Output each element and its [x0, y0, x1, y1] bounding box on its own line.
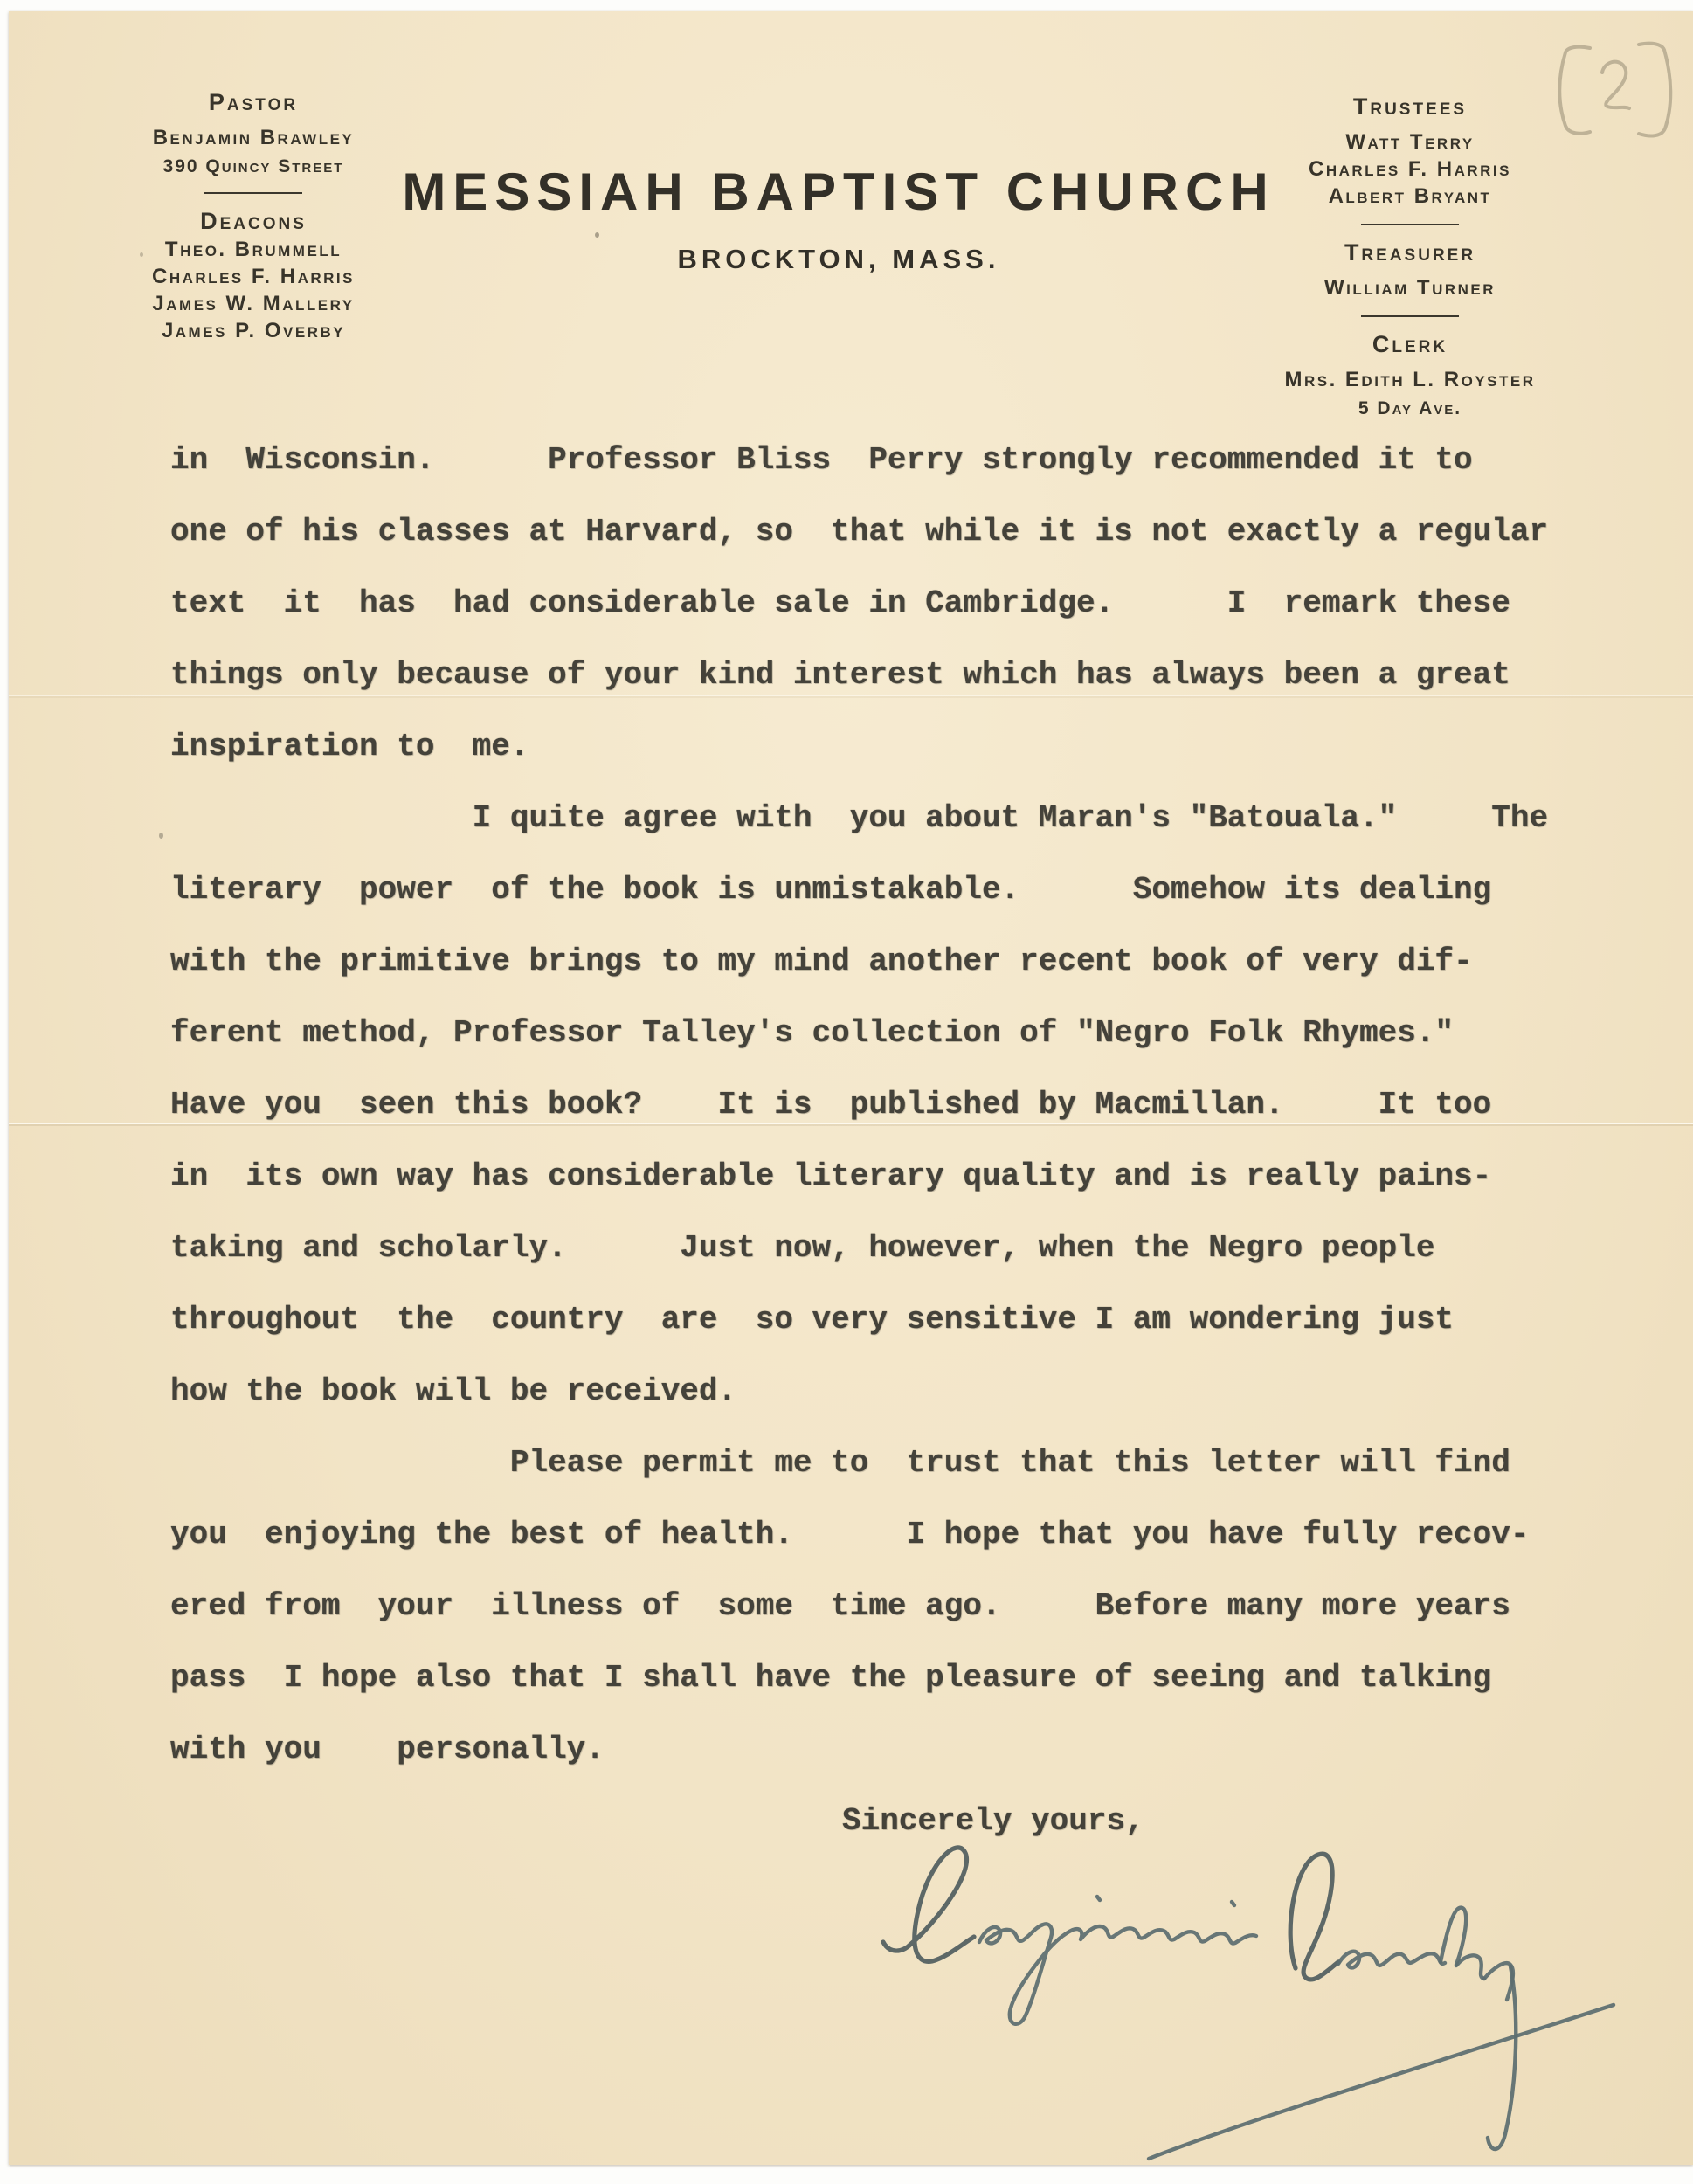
letterhead-divider: [204, 192, 302, 194]
clerk-heading: Clerk: [1239, 329, 1581, 359]
body-line: literary power of the book is unmistakab…: [170, 854, 1638, 926]
trustee-name: Watt Terry: [1239, 128, 1581, 156]
clerk-name: Mrs. Edith L. Royster: [1239, 366, 1581, 393]
body-line: with the primitive brings to my mind ano…: [170, 926, 1638, 998]
letterhead-left-column: Pastor Benjamin Brawley 390 Quincy Stree…: [103, 87, 404, 344]
deacon-name: James W. Mallery: [103, 290, 404, 317]
body-line: with you personally.: [170, 1714, 1638, 1786]
ink-speck: [159, 833, 163, 839]
body-line: ferent method, Professor Talley's collec…: [170, 998, 1638, 1069]
letter-paper: [2] Pastor Benjamin Brawley 390 Quincy S…: [9, 11, 1693, 2165]
letterhead-center: MESSIAH BAPTIST CHURCH BROCKTON, MASS.: [376, 165, 1302, 275]
treasurer-name: William Turner: [1239, 274, 1581, 301]
signature-drawing: [876, 1837, 1645, 2180]
body-line: in Wisconsin. Professor Bliss Perry stro…: [170, 425, 1638, 496]
body-line: you enjoying the best of health. I hope …: [170, 1499, 1638, 1571]
body-line: Have you seen this book? It is published…: [170, 1069, 1638, 1141]
trustee-name: Charles F. Harris: [1239, 156, 1581, 183]
letterhead-divider: [1361, 224, 1459, 225]
church-name: MESSIAH BAPTIST CHURCH: [376, 165, 1302, 219]
body-line: how the book will be received.: [170, 1356, 1638, 1427]
scanned-letter-page: { "annotations": { "page_number": "[2]" …: [0, 0, 1693, 2184]
body-line: text it has had considerable sale in Cam…: [170, 568, 1638, 639]
letterhead-divider: [1361, 315, 1459, 317]
pastor-name: Benjamin Brawley: [103, 124, 404, 151]
church-location: BROCKTON, MASS.: [376, 244, 1302, 275]
body-line: in its own way has considerable literary…: [170, 1141, 1638, 1213]
body-line: I quite agree with you about Maran's "Ba…: [170, 783, 1638, 854]
letterhead-right-column: Trustees Watt Terry Charles F. Harris Al…: [1239, 92, 1581, 420]
body-line: throughout the country are so very sensi…: [170, 1284, 1638, 1356]
body-line: things only because of your kind interes…: [170, 639, 1638, 711]
body-line: taking and scholarly. Just now, however,…: [170, 1213, 1638, 1284]
treasurer-heading: Treasurer: [1239, 238, 1581, 267]
deacon-name: Charles F. Harris: [103, 263, 404, 290]
pastor-heading: Pastor: [103, 87, 404, 117]
body-line: one of his classes at Harvard, so that w…: [170, 496, 1638, 568]
body-line: ered from your illness of some time ago.…: [170, 1571, 1638, 1642]
body-line: Please permit me to trust that this lett…: [170, 1427, 1638, 1499]
pastor-address: 390 Quincy Street: [103, 155, 404, 178]
clerk-address: 5 Day Ave.: [1239, 397, 1581, 420]
signature: Benjamin Brawley: [876, 1837, 1645, 2180]
deacons-heading: Deacons: [103, 206, 404, 236]
body-line: inspiration to me.: [170, 711, 1638, 783]
deacon-name: James P. Overby: [103, 317, 404, 344]
body-line: pass I hope also that I shall have the p…: [170, 1642, 1638, 1714]
deacon-name: Theo. Brummell: [103, 236, 404, 263]
trustee-name: Albert Bryant: [1239, 183, 1581, 210]
trustees-heading: Trustees: [1239, 92, 1581, 121]
letter-body: in Wisconsin. Professor Bliss Perry stro…: [170, 425, 1638, 1857]
